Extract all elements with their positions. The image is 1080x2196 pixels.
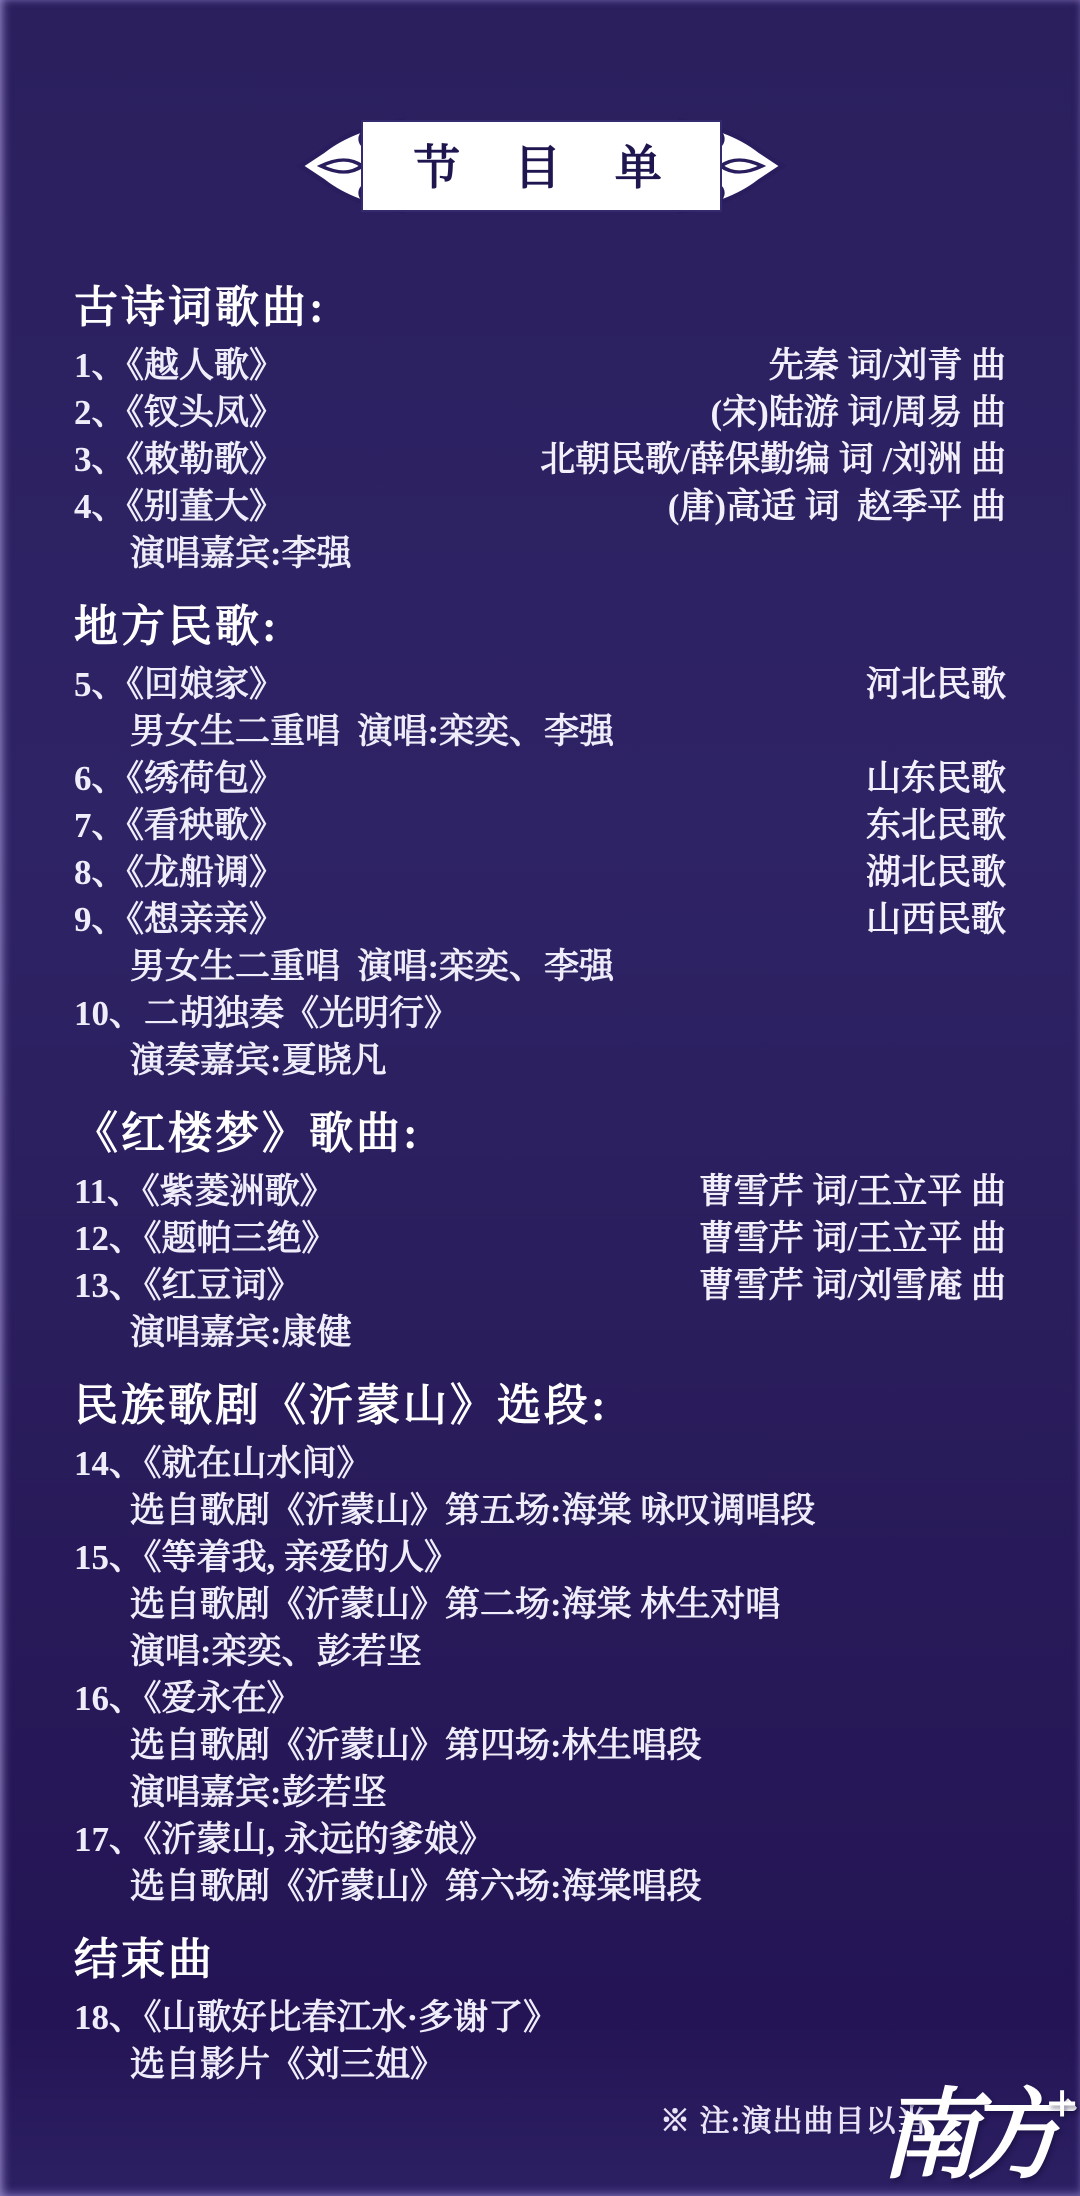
item-title: 演唱嘉宾:彭若坚 — [130, 1769, 387, 1816]
program-sections: 古诗词歌曲: 1、《越人歌》 先秦 词/刘青 曲 2、《钗头凤》 (宋)陆游 词… — [74, 282, 1006, 2088]
item-title: 演唱:栾奕、彭若坚 — [130, 1628, 422, 1675]
program-item: 1、《越人歌》 先秦 词/刘青 曲 — [74, 342, 1006, 389]
program-item: 2、《钗头凤》 (宋)陆游 词/周易 曲 — [74, 389, 1006, 436]
program-item: 14、《就在山水间》 — [74, 1440, 1006, 1487]
item-title: 男女生二重唱 演唱:栾奕、李强 — [130, 943, 614, 990]
program-item: 9、《想亲亲》 山西民歌 — [74, 896, 1006, 943]
item-title: 12、《题帕三绝》 — [74, 1215, 337, 1262]
item-title: 4、《别董大》 — [74, 483, 284, 530]
program-section: 古诗词歌曲: 1、《越人歌》 先秦 词/刘青 曲 2、《钗头凤》 (宋)陆游 词… — [74, 282, 1006, 577]
program-subline: 演唱:栾奕、彭若坚 — [74, 1628, 1006, 1675]
program-subline: 选自歌剧《沂蒙山》第四场:林生唱段 — [74, 1722, 1006, 1769]
item-title: 1、《越人歌》 — [74, 342, 284, 389]
program-subline: 男女生二重唱 演唱:栾奕、李强 — [74, 708, 1006, 755]
program-section: 民族歌剧《沂蒙山》选段: 14、《就在山水间》 选自歌剧《沂蒙山》第五场:海棠 … — [74, 1380, 1006, 1910]
item-title: 18、《山歌好比春江水·多谢了》 — [74, 1994, 558, 2041]
item-title: 选自歌剧《沂蒙山》第六场:海棠唱段 — [130, 1863, 702, 1910]
item-title: 选自影片《刘三姐》 — [130, 2041, 445, 2088]
item-title: 2、《钗头凤》 — [74, 389, 284, 436]
item-title: 11、《紫菱洲歌》 — [74, 1168, 335, 1215]
section-heading: 结束曲 — [74, 1934, 1006, 1986]
program-item: 4、《别董大》 (唐)高适 词 赵季平 曲 — [74, 483, 1006, 530]
program-subline: 选自歌剧《沂蒙山》第六场:海棠唱段 — [74, 1863, 1006, 1910]
program-subline: 男女生二重唱 演唱:栾奕、李强 — [74, 943, 1006, 990]
program-subline: 演唱嘉宾:彭若坚 — [74, 1769, 1006, 1816]
program-poster: 节 目 单 古诗词歌曲: 1、《越人歌》 先秦 词/刘青 曲 2、《钗头凤》 (… — [0, 0, 1080, 2196]
program-item: 8、《龙船调》 湖北民歌 — [74, 849, 1006, 896]
item-title: 16、《爱永在》 — [74, 1675, 302, 1722]
item-title: 演奏嘉宾:夏晓凡 — [130, 1037, 387, 1084]
program-item: 3、《敕勒歌》 北朝民歌/薛保勤编 词 /刘洲 曲 — [74, 436, 1006, 483]
program-section: 《红楼梦》歌曲: 11、《紫菱洲歌》 曹雪芹 词/王立平 曲 12、《题帕三绝》… — [74, 1108, 1006, 1356]
item-title: 演唱嘉宾:李强 — [130, 530, 352, 577]
item-title: 3、《敕勒歌》 — [74, 436, 284, 483]
item-title: 15、《等着我, 亲爱的人》 — [74, 1534, 459, 1581]
section-heading: 《红楼梦》歌曲: — [74, 1108, 1006, 1160]
section-heading: 地方民歌: — [74, 601, 1006, 653]
item-title: 选自歌剧《沂蒙山》第二场:海棠 林生对唱 — [130, 1581, 780, 1628]
title-banner: 节 目 单 — [293, 118, 790, 214]
item-title: 13、《红豆词》 — [74, 1262, 302, 1309]
item-credit: 山西民歌 — [866, 896, 1006, 943]
program-subline: 演唱嘉宾:李强 — [74, 530, 1006, 577]
item-credit: (宋)陆游 词/周易 曲 — [710, 389, 1006, 436]
program-item: 17、《沂蒙山, 永远的爹娘》 — [74, 1816, 1006, 1863]
program-item: 11、《紫菱洲歌》 曹雪芹 词/王立平 曲 — [74, 1168, 1006, 1215]
program-item: 16、《爱永在》 — [74, 1675, 1006, 1722]
program-item: 10、二胡独奏《光明行》 — [74, 990, 1006, 1037]
item-credit: 曹雪芹 词/王立平 曲 — [699, 1215, 1006, 1262]
program-subline: 演奏嘉宾:夏晓凡 — [74, 1037, 1006, 1084]
item-title: 6、《绣荷包》 — [74, 755, 284, 802]
program-item: 5、《回娘家》 河北民歌 — [74, 661, 1006, 708]
item-credit: 曹雪芹 词/王立平 曲 — [699, 1168, 1006, 1215]
program-item: 18、《山歌好比春江水·多谢了》 — [74, 1994, 1006, 2041]
plus-icon: + — [1046, 2076, 1078, 2132]
program-item: 12、《题帕三绝》 曹雪芹 词/王立平 曲 — [74, 1215, 1006, 1262]
program-subline: 选自影片《刘三姐》 — [74, 2041, 1006, 2088]
section-heading: 民族歌剧《沂蒙山》选段: — [74, 1380, 1006, 1432]
item-title: 9、《想亲亲》 — [74, 896, 284, 943]
item-title: 演唱嘉宾:康健 — [130, 1309, 352, 1356]
item-title: 8、《龙船调》 — [74, 849, 284, 896]
item-credit: 北朝民歌/薛保勤编 词 /刘洲 曲 — [540, 436, 1006, 483]
item-title: 10、二胡独奏《光明行》 — [74, 990, 459, 1037]
item-title: 17、《沂蒙山, 永远的爹娘》 — [74, 1816, 494, 1863]
item-title: 5、《回娘家》 — [74, 661, 284, 708]
item-credit: 曹雪芹 词/刘雪庵 曲 — [699, 1262, 1006, 1309]
program-subline: 演唱嘉宾:康健 — [74, 1309, 1006, 1356]
section-heading: 古诗词歌曲: — [74, 282, 1006, 334]
item-title: 男女生二重唱 演唱:栾奕、李强 — [130, 708, 614, 755]
program-item: 15、《等着我, 亲爱的人》 — [74, 1534, 1006, 1581]
item-credit: 先秦 词/刘青 曲 — [769, 342, 1006, 389]
item-credit: 湖北民歌 — [866, 849, 1006, 896]
program-subline: 选自歌剧《沂蒙山》第二场:海棠 林生对唱 — [74, 1581, 1006, 1628]
item-title: 选自歌剧《沂蒙山》第五场:海棠 咏叹调唱段 — [130, 1487, 815, 1534]
item-credit: 东北民歌 — [866, 802, 1006, 849]
program-section: 结束曲 18、《山歌好比春江水·多谢了》 选自影片《刘三姐》 — [74, 1934, 1006, 2088]
nanfang-plus-logo: 南方 + — [880, 2088, 1078, 2186]
item-title: 14、《就在山水间》 — [74, 1440, 372, 1487]
program-item: 13、《红豆词》 曹雪芹 词/刘雪庵 曲 — [74, 1262, 1006, 1309]
program-item: 6、《绣荷包》 山东民歌 — [74, 755, 1006, 802]
program-subline: 选自歌剧《沂蒙山》第五场:海棠 咏叹调唱段 — [74, 1487, 1006, 1534]
item-title: 选自歌剧《沂蒙山》第四场:林生唱段 — [130, 1722, 702, 1769]
item-credit: (唐)高适 词 赵季平 曲 — [668, 483, 1006, 530]
item-credit: 山东民歌 — [866, 755, 1006, 802]
item-credit: 河北民歌 — [866, 661, 1006, 708]
banner-bar: 节 目 单 — [361, 120, 722, 212]
page-title: 节 目 单 — [413, 131, 670, 198]
program-item: 7、《看秧歌》 东北民歌 — [74, 802, 1006, 849]
program-section: 地方民歌: 5、《回娘家》 河北民歌 男女生二重唱 演唱:栾奕、李强 6、《绣荷… — [74, 601, 1006, 1084]
item-title: 7、《看秧歌》 — [74, 802, 284, 849]
